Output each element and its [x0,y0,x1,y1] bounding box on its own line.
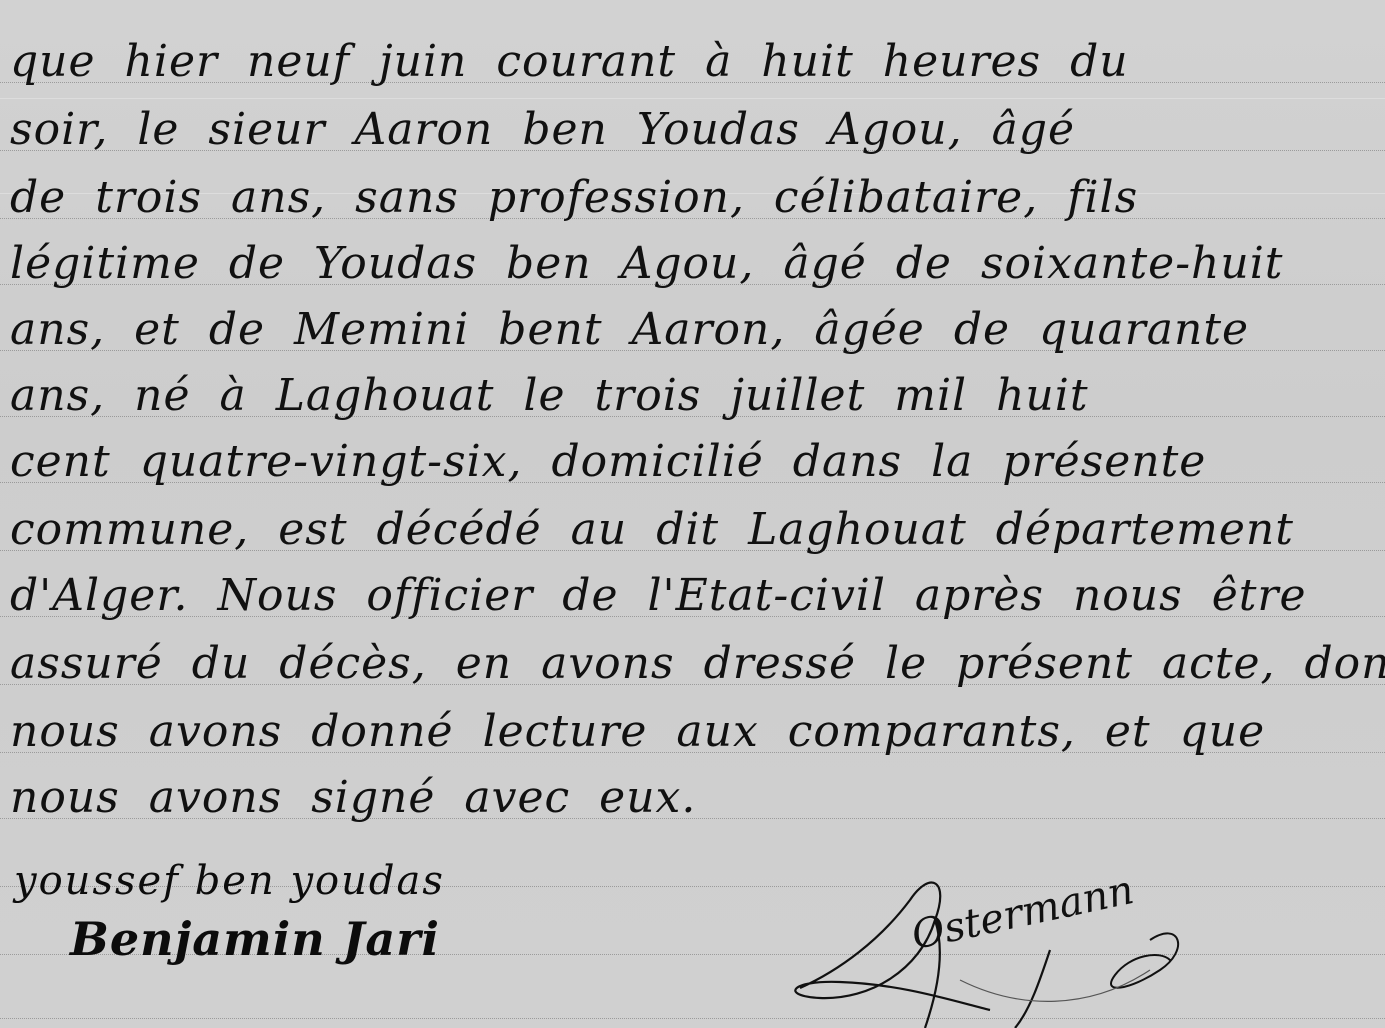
text-line-6: ans, né à Laghouat le trois juillet mil … [10,374,1370,418]
signature-flourish-icon [760,860,1280,1028]
ruled-line-faint [0,98,1385,99]
text-line-2: soir, le sieur Aaron ben Youdas Agou, âg… [10,108,1370,152]
witness-signature-1: youssef ben youdas [14,858,445,904]
text-line-4: légitime de Youdas ben Agou, âgé de soix… [10,242,1370,286]
text-line-7: cent quatre-vingt-six, domicilié dans la… [10,440,1370,484]
text-line-9: d'Alger. Nous officier de l'Etat-civil a… [10,574,1370,618]
text-line-8: commune, est décédé au dit Laghouat dépa… [10,508,1370,552]
document-page: que hier neuf juin courant à huit heures… [0,0,1385,1028]
text-line-11: nous avons donné lecture aux comparants,… [10,710,1370,754]
officer-signature: Ostermann [760,860,1280,1028]
text-line-5: ans, et de Memini bent Aaron, âgée de qu… [10,308,1370,352]
text-line-10: assuré du décès, en avons dressé le prés… [10,642,1370,686]
witness-signature-2: Benjamin Jari [70,912,440,966]
text-line-1: que hier neuf juin courant à huit heures… [10,40,1370,84]
text-line-3: de trois ans, sans profession, célibatai… [10,176,1370,220]
text-line-12: nous avons signé avec eux. [10,776,1370,820]
